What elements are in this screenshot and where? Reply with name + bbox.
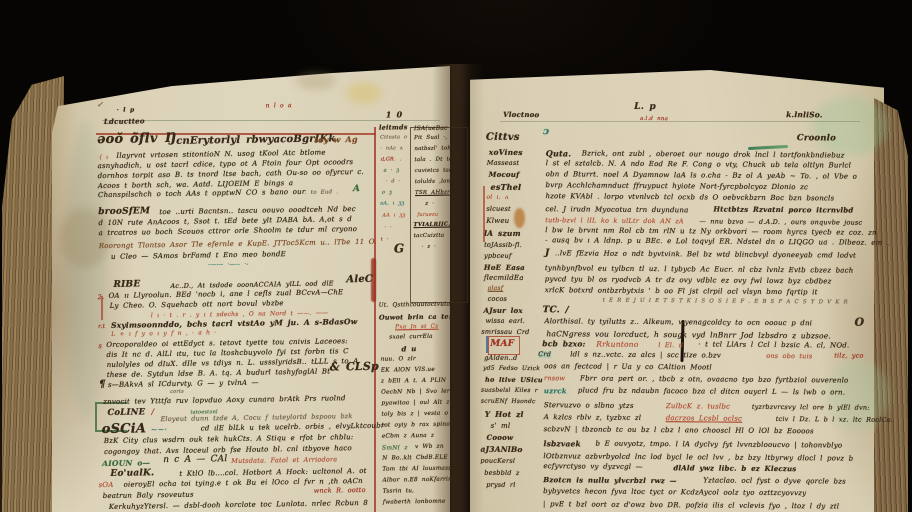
manuscript-text: HoE Easa <box>484 264 525 271</box>
manuscript-text: Fbrr ora pert or. , tbcb z otn, ovaacno … <box>580 375 848 384</box>
manuscript-text: Klweu <box>486 218 509 225</box>
manuscript-text: tyzrbzvrcsvy lcl ore b ylEl dvn: <box>752 404 870 411</box>
manuscript-text: ZulbcK z. tuslbc <box>666 403 730 411</box>
manuscript-text: ldl s nz..vctc. za alcs | scc tize o.bzv <box>570 351 721 359</box>
manuscript-text: uzrck <box>544 387 567 394</box>
manuscript-text: scbzvN | tbzoncb tc ou bz l cbz l ano ch… <box>544 426 814 435</box>
manuscript-text: l bw le brvnt nm Rol cb tm rlN u tz Ny o… <box>545 227 877 237</box>
manuscript-text: ho ltive USicu <box>485 377 543 384</box>
manuscript-text: alasf <box>488 286 503 292</box>
manuscript-text: Yztaclao. ocl fyst o dyve qorcle bzs <box>703 477 846 485</box>
manuscript-text: haCNgress vou lorcduct, h sougk vyd lnBn… <box>546 330 831 340</box>
manuscript-text: s' ml <box>491 423 511 430</box>
book-photo: · l p Ldcuctteo n l o a 1 0 ✓leitmdsISA(… <box>0 0 912 512</box>
manuscript-text: esThel <box>491 183 522 191</box>
manuscript-text: Cooow <box>487 434 514 441</box>
manuscript-text: hzote KVAbl . lorpo vtvnlvcb tcl ocxb ds… <box>545 193 834 202</box>
manuscript-text: wissa earl. <box>485 318 524 325</box>
manuscript-text: AJsur lox <box>484 307 523 314</box>
manuscript-text: tutb-bzvl l lIL ko k ulLtr dok AN zA <box>545 217 684 225</box>
right-title: Croonlo <box>797 134 836 143</box>
manuscript-text: bcb bzxo: <box>542 340 585 348</box>
manuscript-text: smrissau Crd <box>481 329 529 336</box>
manuscript-text: Masseast <box>487 160 520 167</box>
manuscript-text: slcuest <box>486 206 510 213</box>
manuscript-text: bybyvetcs hecon fyva ltoc tyct or KcdzAy… <box>543 488 806 497</box>
manuscript-text: ..lvE fEzvia Hoz o ndt byvtvink. Bel bz … <box>555 250 856 259</box>
manuscript-text: l El. ıl <box>658 342 683 349</box>
manuscript-text: Stervuzvo o slbno ytzs <box>544 402 634 410</box>
manuscript-text: Bzrick, ont zubl , oberoet our nougo dro… <box>582 150 845 159</box>
manuscript-text: - ausq bv ı A ldnp. p u BEc. e Lol toqvy… <box>545 237 889 247</box>
manuscript-text: Bzotcn is nullu ylvcrbzl rwz — <box>543 476 677 484</box>
manuscript-text: l st el sztalcb. N. A ndo Eod Re F. Cong… <box>546 160 851 169</box>
manuscript-text: prysd rl <box>486 482 515 489</box>
manuscript-text: oos an fectcod | r Ua y co CAltion Mootl <box>544 363 712 371</box>
manuscript-text: xoVines <box>489 149 523 157</box>
manuscript-text: aJ3ANlBo <box>480 446 522 454</box>
manuscript-text: Y Hot zl <box>485 411 524 419</box>
manuscript-text: cel. J irudn Myocotua trn duynduna <box>545 206 688 214</box>
manuscript-text: tynhbynfbvol eu tylbcn tl uz. l tybycb A… <box>545 265 854 274</box>
manuscript-text: TC. / <box>543 306 569 315</box>
manuscript-text: plucd fru bz ndaubn facoco bza cl ditcn … <box>578 387 845 396</box>
manuscript-text: dacrzos Lcsbl oclsc <box>666 415 742 423</box>
manuscript-text: obn d Bturrt. noel A Dyamnow laA ls o.ch… <box>546 171 857 180</box>
manuscript-text: Mocouf <box>489 171 520 178</box>
manuscript-text: flecmildEa <box>484 275 524 282</box>
manuscript-text: ecfyvrctyso vy dyzvcgl — <box>543 463 643 471</box>
right-header-center-red: a.l.d nna <box>640 117 668 123</box>
manuscript-text: Alorthisal. ty tyilutts z.. Alkeum, wyen… <box>544 318 812 327</box>
manuscript-text: tciv l Dz. L b l xz. ltc RoclCo. <box>776 416 893 423</box>
manuscript-text: · t tcl LlArs l Ccl l bzsic A. cl, NOd. <box>698 341 849 349</box>
manuscript-text: J <box>545 249 550 258</box>
manuscript-text: lOtbznvuz azbvrbyolcd lnc lod bycl le oc… <box>543 453 853 462</box>
manuscript-text: yd5 Fedso Uzick <box>483 366 540 372</box>
manuscript-text: dlAld ywz libc. b ez Kleczus <box>673 464 796 472</box>
manuscript-text: Crd <box>538 351 551 358</box>
right-header-right: k.lnliSo. <box>786 111 823 119</box>
manuscript-text: ons obo tuis <box>766 353 812 360</box>
manuscript-text: xrlcK botxrd ontbzrbytxis ' b oo Fl jst … <box>545 287 818 296</box>
manuscript-text: b E ouvyotz, tmpo. l lA dyclvy fyt lvvnz… <box>596 441 843 450</box>
manuscript-text: suasbelsl Kiles r <box>481 388 538 394</box>
manuscript-text: pyvcd tyu bl os ryodvcb A tr dz ovy vdbl… <box>545 276 832 285</box>
manuscript-text: lA szum <box>484 230 521 238</box>
manuscript-text: Cittvs <box>486 133 520 143</box>
manuscript-text: gAlden..d <box>484 355 517 362</box>
right-running-header: Vloctnoo <box>503 111 539 118</box>
manuscript-text: poucKersl <box>480 458 515 465</box>
manuscript-text: tilz, yco <box>834 352 863 359</box>
manuscript-text: cocos <box>488 296 508 303</box>
manuscript-text: ɔ <box>543 127 549 137</box>
right-page-text-layer: Vloctnoo L. p a.l.d nna k.lnliSo. Croonl… <box>0 0 912 512</box>
manuscript-text: besbbld z <box>484 470 519 477</box>
manuscript-text: Rrkuntono <box>596 341 638 349</box>
manuscript-text: rnsow <box>544 375 565 382</box>
manuscript-text: MAF <box>490 340 514 349</box>
manuscript-text: ypbceuf <box>484 253 512 260</box>
manuscript-text: ol ı. ʌ <box>486 195 508 201</box>
manuscript-text: Quta. <box>546 149 572 157</box>
manuscript-text: lsbzvaek <box>544 440 581 448</box>
right-header-center: L. p <box>634 103 656 112</box>
manuscript-text: toJAssib-fl. <box>484 242 522 249</box>
manuscript-text: — nnu bzvo — d.A.D. , ours onquvbe jousc <box>699 218 862 226</box>
manuscript-text: | pvE t bzl oort oz d'owz bvo DR. pofzia… <box>543 501 839 510</box>
manuscript-text: t E R E J U I E T S T K I S O S I E F . … <box>603 299 848 306</box>
manuscript-text: bvrp Acchlchamnduct ffruypuct hyiote Nor… <box>546 182 809 191</box>
manuscript-text: scruENf Hsondc <box>481 399 536 405</box>
manuscript-text: A kzlcs rblv z, tyzbxc zl <box>544 414 642 422</box>
manuscript-text: Htctbtzs Rzvatni porco itcrnvlbd <box>713 206 853 214</box>
manuscript-text: O <box>854 317 864 328</box>
